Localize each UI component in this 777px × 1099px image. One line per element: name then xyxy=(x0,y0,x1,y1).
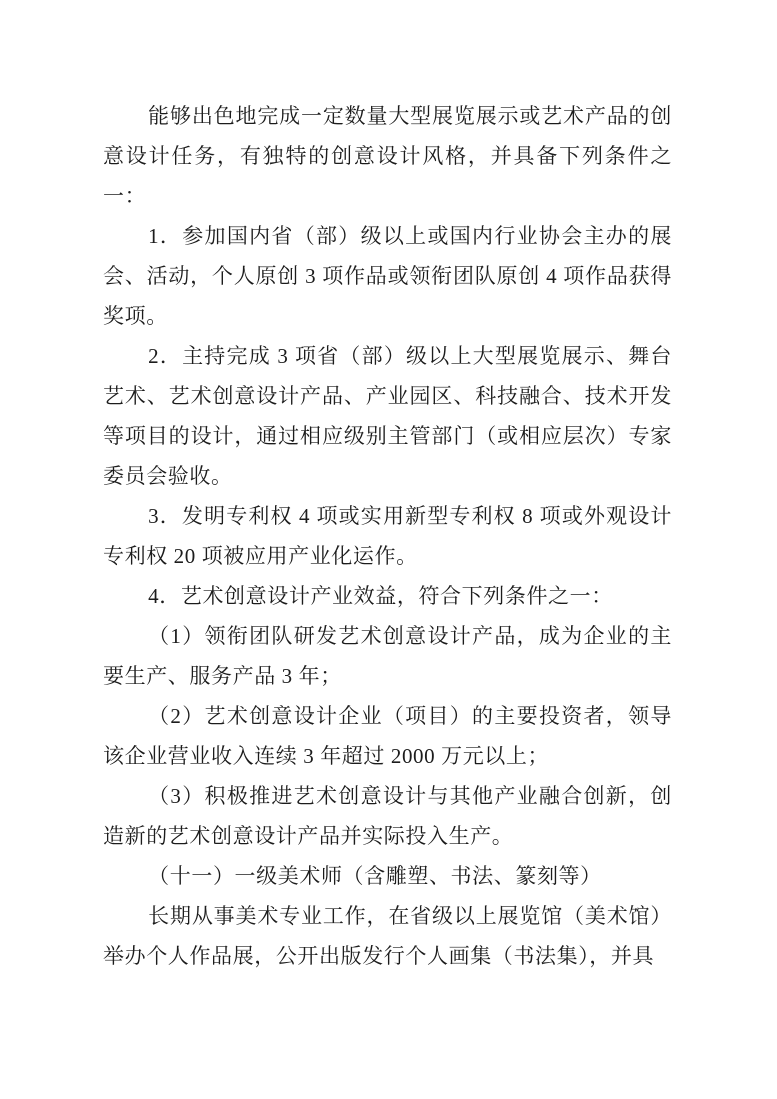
paragraph: 4．艺术创意设计产业效益，符合下列条件之一： xyxy=(103,576,672,616)
paragraph: （3）积极推进艺术创意设计与其他产业融合创新，创造新的艺术创意设计产品并实际投入… xyxy=(103,776,672,856)
document-body: 能够出色地完成一定数量大型展览展示或艺术产品的创意设计任务，有独特的创意设计风格… xyxy=(103,96,672,976)
paragraph: 3．发明专利权 4 项或实用新型专利权 8 项或外观设计专利权 20 项被应用产… xyxy=(103,496,672,576)
paragraph: （1）领衔团队研发艺术创意设计产品，成为企业的主要生产、服务产品 3 年； xyxy=(103,616,672,696)
paragraph: （十一）一级美术师（含雕塑、书法、篆刻等） xyxy=(103,856,672,896)
paragraph: 能够出色地完成一定数量大型展览展示或艺术产品的创意设计任务，有独特的创意设计风格… xyxy=(103,96,672,216)
paragraph: 长期从事美术专业工作，在省级以上展览馆（美术馆）举办个人作品展，公开出版发行个人… xyxy=(103,896,672,976)
paragraph: （2）艺术创意设计企业（项目）的主要投资者，领导该企业营业收入连续 3 年超过 … xyxy=(103,696,672,776)
paragraph: 1．参加国内省（部）级以上或国内行业协会主办的展会、活动，个人原创 3 项作品或… xyxy=(103,216,672,336)
paragraph: 2．主持完成 3 项省（部）级以上大型展览展示、舞台艺术、艺术创意设计产品、产业… xyxy=(103,336,672,496)
document-page: 能够出色地完成一定数量大型展览展示或艺术产品的创意设计任务，有独特的创意设计风格… xyxy=(0,0,777,1099)
